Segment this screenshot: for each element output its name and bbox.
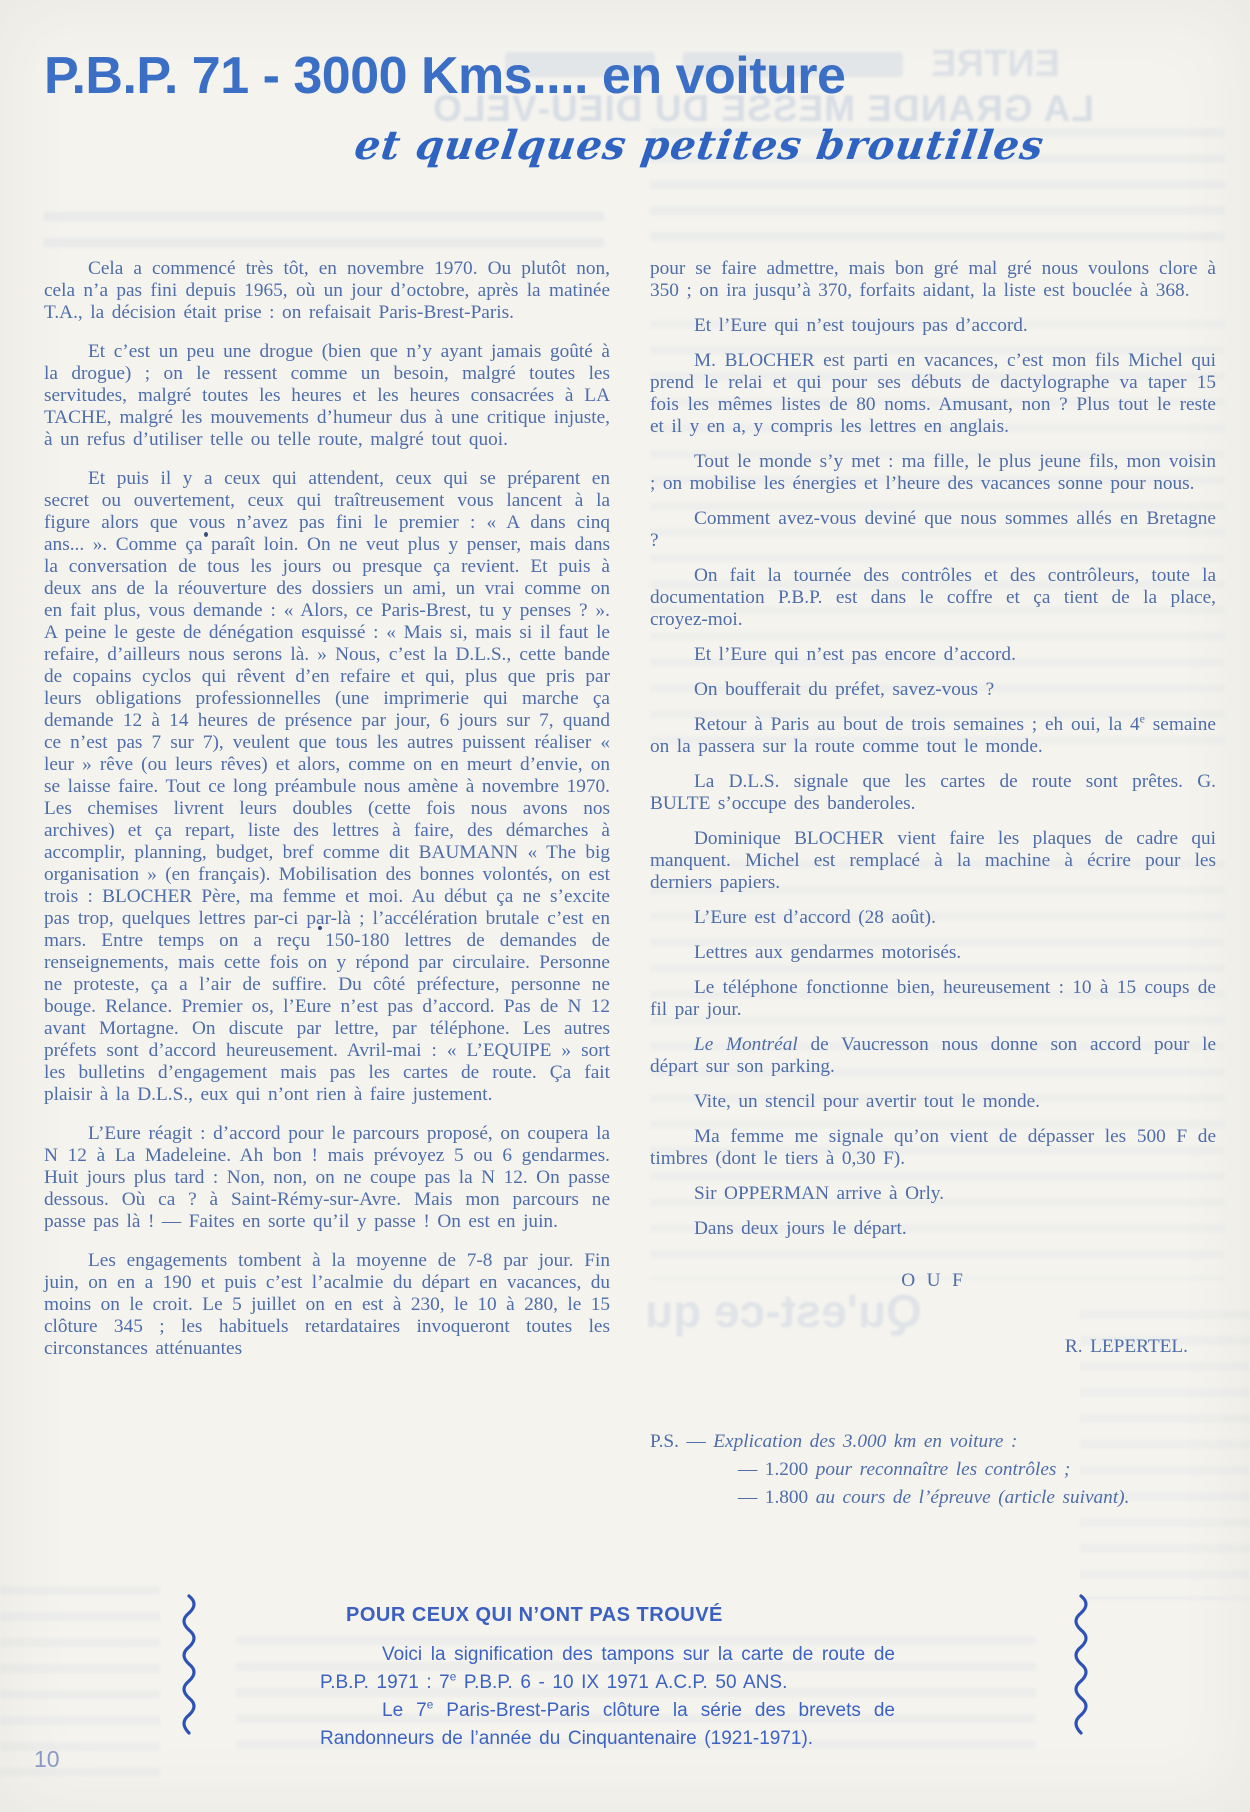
bleedthrough-texture	[0, 1586, 160, 1776]
paragraph: Les engagements tombent à la moyenne de …	[44, 1250, 610, 1360]
magazine-page: ENTRE LA GRANDE MESSE DU DIEU-VELO Qu'es…	[0, 0, 1250, 1812]
paragraph: L’Eure est d’accord (28 août).	[650, 907, 1216, 929]
paragraph: pour se faire admettre, mais bon gré mal…	[650, 258, 1216, 302]
page-title: P.B.P. 71 - 3000 Kms.... en voiture	[44, 46, 845, 106]
footer-note-body: Voici la signification des tampons sur l…	[320, 1641, 895, 1753]
footer-note-title: POUR CEUX QUI N’ONT PAS TROUVÉ	[346, 1604, 895, 1627]
bleedthrough-headline-word: ENTRE	[931, 43, 1060, 86]
footer-note-paragraph: Le 7e Paris-Brest-Paris clôture la série…	[320, 1697, 895, 1753]
paragraph: M. BLOCHER est parti en vacances, c’est …	[650, 350, 1216, 438]
paragraph: Dans deux jours le départ.	[650, 1218, 1216, 1240]
bleedthrough-texture	[44, 212, 604, 248]
squiggle-right-icon	[1068, 1594, 1094, 1736]
article-column-right: pour se faire admettre, mais bon gré mal…	[650, 258, 1216, 1512]
paragraph: On fait la tournée des contrôles et des …	[650, 565, 1216, 631]
paragraph: L’Eure réagit : d’accord pour le parcour…	[44, 1123, 610, 1233]
postscript-line: — 1.200 pour reconnaître les contrôles ;	[738, 1456, 1216, 1484]
page-subtitle: et quelques petites broutilles	[352, 122, 1047, 169]
paragraph: Sir OPPERMAN arrive à Orly.	[650, 1183, 1216, 1205]
ouf-exclamation: O U F	[650, 1270, 1216, 1292]
footer-note-paragraph: Voici la signification des tampons sur l…	[320, 1641, 895, 1697]
author-signature: R. LEPERTEL.	[650, 1336, 1188, 1358]
paragraph: Lettres aux gendarmes motorisés.	[650, 942, 1216, 964]
paragraph: Et puis il y a ceux qui attendent, ceux …	[44, 468, 610, 1106]
postscript-line: P.S. — Explication des 3.000 km en voitu…	[650, 1428, 1216, 1456]
paragraph: Et l’Eure qui n’est toujours pas d’accor…	[650, 315, 1216, 337]
paragraph: Et c’est un peu une drogue (bien que n’y…	[44, 341, 610, 451]
paragraph: Retour à Paris au bout de trois semaines…	[650, 714, 1216, 758]
paragraph: Le Montréal de Vaucresson nous donne son…	[650, 1034, 1216, 1078]
paragraph: Et l’Eure qui n’est pas encore d’accord.	[650, 644, 1216, 666]
postscript-block: P.S. — Explication des 3.000 km en voitu…	[650, 1428, 1216, 1512]
paragraph: On boufferait du préfet, savez-vous ?	[650, 679, 1216, 701]
page-number: 10	[34, 1746, 60, 1773]
paragraph: Cela a commencé très tôt, en novembre 19…	[44, 258, 610, 324]
article-column-left: Cela a commencé très tôt, en novembre 19…	[44, 258, 610, 1377]
paragraph: Tout le monde s’y met : ma fille, le plu…	[650, 451, 1216, 495]
paragraph: Dominique BLOCHER vient faire les plaque…	[650, 828, 1216, 894]
article-paragraphs: pour se faire admettre, mais bon gré mal…	[650, 258, 1216, 1240]
paragraph: La D.L.S. signale que les cartes de rout…	[650, 771, 1216, 815]
squiggle-left-icon	[176, 1594, 202, 1736]
paragraph: Le téléphone fonctionne bien, heureuseme…	[650, 977, 1216, 1021]
paragraph: Ma femme me signale qu’on vient de dépas…	[650, 1126, 1216, 1170]
footer-note-box: POUR CEUX QUI N’ONT PAS TROUVÉ Voici la …	[320, 1604, 895, 1753]
paragraph: Vite, un stencil pour avertir tout le mo…	[650, 1091, 1216, 1113]
postscript-line: — 1.800 au cours de l’épreuve (article s…	[738, 1484, 1216, 1512]
paragraph: Comment avez-vous deviné que nous sommes…	[650, 508, 1216, 552]
